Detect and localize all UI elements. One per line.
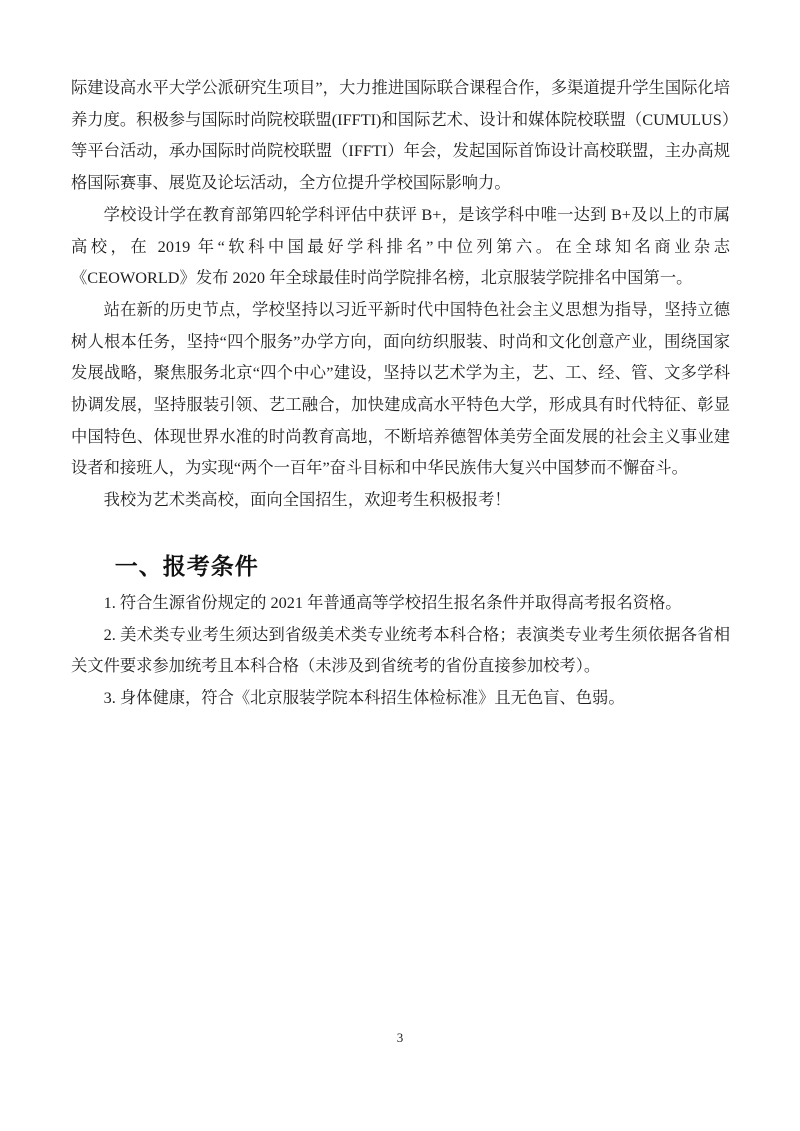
document-page: 际建设高水平大学公派研究生项目”，大力推进国际联合课程合作，多渠道提升学生国际化… <box>0 0 800 1131</box>
document-body: 际建设高水平大学公派研究生项目”，大力推进国际联合课程合作，多渠道提升学生国际化… <box>71 72 730 714</box>
page-number: 3 <box>0 1030 800 1046</box>
list-item: 2. 美术类专业考生须达到省级美术类专业统考本科合格；表演类专业考生须依据各省相… <box>71 619 730 682</box>
section-heading: 一、报考条件 <box>71 552 730 582</box>
paragraph: 学校设计学在教育部第四轮学科评估中获评 B+，是该学科中唯一达到 B+及以上的市… <box>71 199 730 294</box>
paragraph-continuation: 际建设高水平大学公派研究生项目”，大力推进国际联合课程合作，多渠道提升学生国际化… <box>71 72 730 199</box>
paragraph: 站在新的历史节点，学校坚持以习近平新时代中国特色社会主义思想为指导，坚持立德树人… <box>71 294 730 484</box>
list-item: 1. 符合生源省份规定的 2021 年普通高等学校招生报名条件并取得高考报名资格… <box>71 587 730 619</box>
paragraph: 我校为艺术类高校，面向全国招生，欢迎考生积极报考！ <box>71 484 730 516</box>
list-item: 3. 身体健康，符合《北京服装学院本科招生体检标准》且无色盲、色弱。 <box>71 682 730 714</box>
